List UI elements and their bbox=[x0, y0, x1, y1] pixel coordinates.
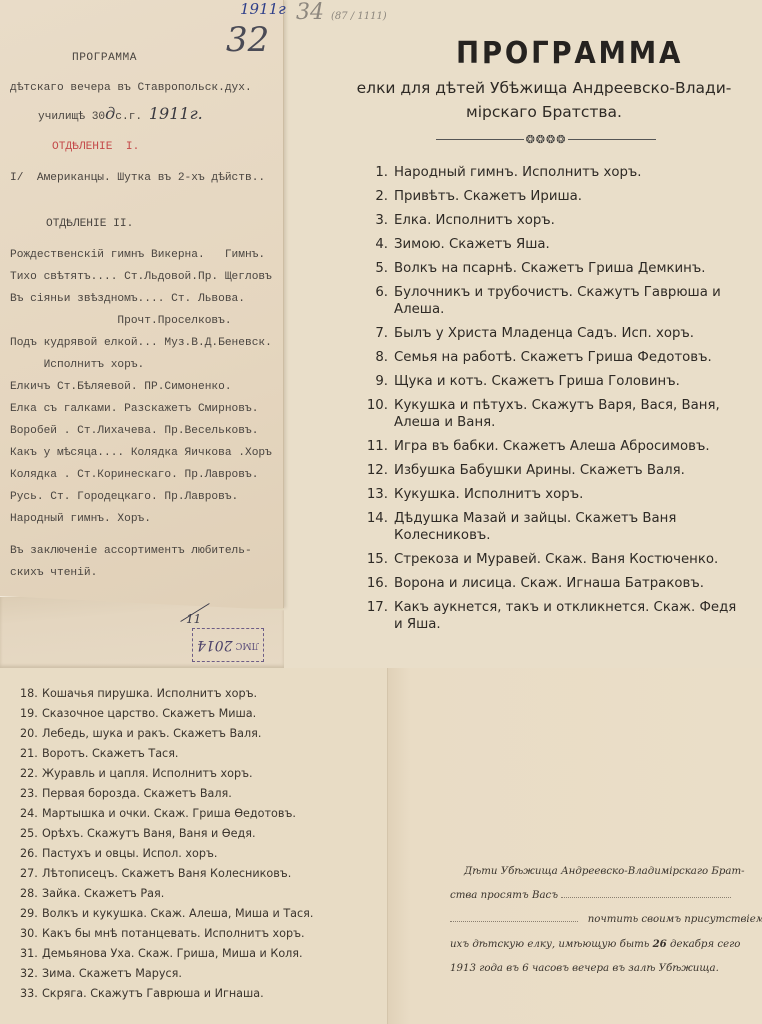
invitation-text-fragment: ства просятъ Васъ bbox=[450, 890, 558, 901]
invitation-line-4: ихъ дѣтскую елку, имѣющую быть 26 декабр… bbox=[450, 932, 750, 957]
typewritten-programme-sheet: 1911г 32 ПРОГРАММА дѣтскаго вечера въ Ст… bbox=[0, 0, 284, 608]
list-item: 10.Кукушка и пѣтухъ. Скажутъ Варя, Вася,… bbox=[364, 397, 744, 431]
section-1-item: I/ Американцы. Шутка въ 2-хъ дѣйств.. bbox=[10, 172, 265, 184]
item-text: Дѣдушка Мазай и зайцы. Скажетъ Ваня Коле… bbox=[394, 510, 744, 544]
item-text: Первая борозда. Скажетъ Валя. bbox=[42, 786, 232, 806]
closing-line-2: скихъ чтеній. bbox=[10, 567, 97, 579]
section-2-item: Елка съ галками. Разскажетъ Смирновъ. bbox=[10, 403, 258, 415]
invitation-line-3: почтить своимъ присутствіемъ bbox=[450, 908, 750, 932]
item-number: 14. bbox=[364, 510, 394, 544]
list-item: 12.Избушка Бабушки Арины. Скажетъ Валя. bbox=[364, 462, 744, 479]
item-text: Воротъ. Скажетъ Тася. bbox=[42, 746, 179, 766]
item-number: 2. bbox=[364, 188, 394, 205]
item-text: Зайка. Скажетъ Рая. bbox=[42, 886, 164, 906]
stamp-label: ЛМС bbox=[235, 640, 259, 650]
continued-programme-page: 18.Кошачья пирушка. Исполнитъ хоръ. 19.С… bbox=[0, 668, 388, 1024]
item-text: Орѣхъ. Скажутъ Ваня, Ваня и Өедя. bbox=[42, 826, 256, 846]
item-number: 32. bbox=[20, 966, 42, 986]
list-item: 29.Волкъ и кукушка. Скаж. Алеша, Миша и … bbox=[20, 906, 380, 926]
item-text: Волкъ и кукушка. Скаж. Алеша, Миша и Тас… bbox=[42, 906, 313, 926]
item-number: 33. bbox=[20, 986, 42, 1006]
item-text: Ворона и лисица. Скаж. Игнаша Батраковъ. bbox=[394, 575, 744, 592]
list-item: 15.Стрекоза и Муравей. Скаж. Ваня Костюч… bbox=[364, 551, 744, 568]
section-1-heading: ОТДѢЛЕНІЕ I. bbox=[52, 141, 139, 153]
item-number: 6. bbox=[364, 284, 394, 318]
item-number: 7. bbox=[364, 325, 394, 342]
ornament-knots-icon: ❂❂❂❂ bbox=[524, 133, 569, 146]
list-item: 11.Игра въ бабки. Скажетъ Алеша Абросимо… bbox=[364, 438, 744, 455]
item-text: Елка. Исполнитъ хоръ. bbox=[394, 212, 744, 229]
item-number: 15. bbox=[364, 551, 394, 568]
guest-name-blank-continued bbox=[450, 912, 578, 922]
item-number: 19. bbox=[20, 706, 42, 726]
item-text: Стрекоза и Муравей. Скаж. Ваня Костюченк… bbox=[394, 551, 744, 568]
item-number: 9. bbox=[364, 373, 394, 390]
item-number: 22. bbox=[20, 766, 42, 786]
section-2-item: Тихо свѣтятъ.... Ст.Льдовой.Пр. Щегловъ bbox=[10, 271, 272, 283]
item-number: 11. bbox=[364, 438, 394, 455]
item-text: Былъ у Христа Младенца Садъ. Исп. хоръ. bbox=[394, 325, 744, 342]
invitation-text-fragment: почтить своимъ присутствіемъ bbox=[588, 914, 762, 925]
handwritten-archive-number: 34 (87 / 1111) bbox=[296, 0, 387, 25]
handwritten-page-number: 32 bbox=[226, 20, 269, 60]
item-text: Лѣтописецъ. Скажетъ Ваня Колесниковъ. bbox=[42, 866, 291, 886]
item-number: 25. bbox=[20, 826, 42, 846]
invitation-page: Дѣти Убѣжища Андреевско-Владимірскаго Бр… bbox=[388, 668, 762, 1024]
list-item: 6.Булочникъ и трубочистъ. Скажутъ Гаврюш… bbox=[364, 284, 744, 318]
item-text: Зима. Скажетъ Маруся. bbox=[42, 966, 182, 986]
archive-stamp: ЛМС 2014 bbox=[192, 628, 264, 662]
handwritten-note: (87 / 1111) bbox=[331, 11, 387, 22]
list-item: 9.Щука и котъ. Скажетъ Гриша Головинъ. bbox=[364, 373, 744, 390]
section-2-heading: ОТДѢЛЕНІЕ II. bbox=[46, 218, 133, 230]
list-item: 7.Былъ у Христа Младенца Садъ. Исп. хоръ… bbox=[364, 325, 744, 342]
list-item: 13.Кукушка. Исполнитъ хоръ. bbox=[364, 486, 744, 503]
item-text: Семья на работѣ. Скажетъ Гриша Федотовъ. bbox=[394, 349, 744, 366]
list-item: 30.Какъ бы мнѣ потанцевать. Исполнитъ хо… bbox=[20, 926, 380, 946]
invitation-line-5: 1913 года въ 6 часовъ вечера въ залѣ Убѣ… bbox=[450, 957, 750, 981]
list-item: 8.Семья на работѣ. Скажетъ Гриша Федотов… bbox=[364, 349, 744, 366]
list-item: 14.Дѣдушка Мазай и зайцы. Скажетъ Ваня К… bbox=[364, 510, 744, 544]
list-item: 3.Елка. Исполнитъ хоръ. bbox=[364, 212, 744, 229]
item-text: Журавль и цапля. Исполнитъ хоръ. bbox=[42, 766, 253, 786]
list-item: 26.Пастухъ и овцы. Испол. хоръ. bbox=[20, 846, 380, 866]
list-item: 2.Привѣтъ. Скажетъ Ириша. bbox=[364, 188, 744, 205]
divider-line bbox=[568, 139, 656, 140]
item-text: Зимою. Скажетъ Яша. bbox=[394, 236, 744, 253]
section-2-item: Воробей . Ст.Лихачева. Пр.Весельковъ. bbox=[10, 425, 258, 437]
item-text: Скряга. Скажутъ Гаврюша и Игнаша. bbox=[42, 986, 264, 1006]
programme-list: 1.Народный гимнъ. Исполнитъ хоръ. 2.Прив… bbox=[364, 164, 744, 640]
list-item: 16.Ворона и лисица. Скаж. Игнаша Батрако… bbox=[364, 575, 744, 592]
section-2-item: Народный гимнъ. Хоръ. bbox=[10, 513, 151, 525]
section-2-item: Колядка . Ст.Коринескаго. Пр.Лавровъ. bbox=[10, 469, 258, 481]
invitation-text: Дѣти Убѣжища Андреевско-Владимірскаго Бр… bbox=[450, 860, 750, 981]
item-text: Кошачья пирушка. Исполнитъ хоръ. bbox=[42, 686, 257, 706]
item-number: 17. bbox=[364, 599, 394, 633]
list-item: 20.Лебедь, шука и ракъ. Скажетъ Валя. bbox=[20, 726, 380, 746]
handwritten-number: 34 bbox=[296, 0, 324, 25]
list-item: 18.Кошачья пирушка. Исполнитъ хоръ. bbox=[20, 686, 380, 706]
invitation-line-1: Дѣти Убѣжища Андреевско-Владимірскаго Бр… bbox=[450, 860, 750, 884]
typed-title: ПРОГРАММА bbox=[72, 52, 137, 64]
printed-programme-page: 34 (87 / 1111) ПРОГРАММА елки для дѣтей … bbox=[284, 0, 762, 668]
item-number: 31. bbox=[20, 946, 42, 966]
list-item: 4.Зимою. Скажетъ Яша. bbox=[364, 236, 744, 253]
section-2-item: Какъ у мѣсяца.... Колядка Яичкова .Хоръ bbox=[10, 447, 272, 459]
item-number: 24. bbox=[20, 806, 42, 826]
item-text: Щука и котъ. Скажетъ Гриша Головинъ. bbox=[394, 373, 744, 390]
invitation-text-fragment: часовъ вечера въ залѣ Убѣжища. bbox=[532, 963, 719, 974]
item-number: 18. bbox=[20, 686, 42, 706]
closing-line-1: Въ заключеніе ассортиментъ любитель- bbox=[10, 545, 252, 557]
list-item: 5.Волкъ на псарнѣ. Скажетъ Гриша Демкинъ… bbox=[364, 260, 744, 277]
item-text: Лебедь, шука и ракъ. Скажетъ Валя. bbox=[42, 726, 261, 746]
item-number: 21. bbox=[20, 746, 42, 766]
item-number: 8. bbox=[364, 349, 394, 366]
handwritten-insert: д bbox=[105, 104, 115, 123]
item-text: Волкъ на псарнѣ. Скажетъ Гриша Демкинъ. bbox=[394, 260, 744, 277]
item-text: Мартышка и очки. Скаж. Гриша Өедотовъ. bbox=[42, 806, 296, 826]
item-number: 1. bbox=[364, 164, 394, 181]
handwritten-year: 1911г bbox=[240, 0, 286, 18]
item-text: Пастухъ и овцы. Испол. хоръ. bbox=[42, 846, 217, 866]
list-item: 33.Скряга. Скажутъ Гаврюша и Игнаша. bbox=[20, 986, 380, 1006]
event-day: 26 bbox=[653, 938, 667, 950]
item-text: Привѣтъ. Скажетъ Ириша. bbox=[394, 188, 744, 205]
subtitle-line-1: елки для дѣтей Убѣжища Андреевско-Влади- bbox=[344, 76, 744, 100]
list-item: 28.Зайка. Скажетъ Рая. bbox=[20, 886, 380, 906]
item-text: Булочникъ и трубочистъ. Скажутъ Гаврюша … bbox=[394, 284, 744, 318]
typed-text: с.г. bbox=[115, 111, 142, 123]
ornament-divider: ❂❂❂❂ bbox=[436, 132, 656, 146]
list-item: 1.Народный гимнъ. Исполнитъ хоръ. bbox=[364, 164, 744, 181]
stamp-mark-number: 11 bbox=[186, 612, 201, 626]
invitation-text-fragment: ихъ дѣтскую елку, имѣющую быть bbox=[450, 939, 649, 950]
list-item: 22.Журавль и цапля. Исполнитъ хоръ. bbox=[20, 766, 380, 786]
typed-text: училищѣ 30 bbox=[38, 111, 105, 123]
subtitle-line-2: мірскаго Братства. bbox=[344, 100, 744, 124]
handwritten-year-insert: 1911г. bbox=[149, 104, 203, 123]
list-item: 31.Демьянова Уха. Скаж. Гриша, Миша и Ко… bbox=[20, 946, 380, 966]
item-number: 29. bbox=[20, 906, 42, 926]
item-number: 3. bbox=[364, 212, 394, 229]
section-2-item: Въ сіяньи звѣздномъ.... Ст. Львова. bbox=[10, 293, 245, 305]
item-number: 5. bbox=[364, 260, 394, 277]
list-item: 19.Сказочное царство. Скажетъ Миша. bbox=[20, 706, 380, 726]
section-2-item: Елкичъ Ст.Бѣляевой. ПР.Симоненко. bbox=[10, 381, 232, 393]
list-item: 32.Зима. Скажетъ Маруся. bbox=[20, 966, 380, 986]
item-number: 10. bbox=[364, 397, 394, 431]
item-number: 30. bbox=[20, 926, 42, 946]
list-item: 25.Орѣхъ. Скажутъ Ваня, Ваня и Өедя. bbox=[20, 826, 380, 846]
item-number: 27. bbox=[20, 866, 42, 886]
section-2-item: Рождественскій гимнъ Викерна. Гимнъ. bbox=[10, 249, 265, 261]
item-text: Игра въ бабки. Скажетъ Алеша Абросимовъ. bbox=[394, 438, 744, 455]
item-text: Демьянова Уха. Скаж. Гриша, Миша и Коля. bbox=[42, 946, 303, 966]
event-year: 1913 bbox=[450, 963, 476, 974]
item-text: Кукушка и пѣтухъ. Скажутъ Варя, Вася, Ва… bbox=[394, 397, 744, 431]
item-number: 13. bbox=[364, 486, 394, 503]
list-item: 27.Лѣтописецъ. Скажетъ Ваня Колесниковъ. bbox=[20, 866, 380, 886]
list-item: 21.Воротъ. Скажетъ Тася. bbox=[20, 746, 380, 766]
item-number: 16. bbox=[364, 575, 394, 592]
section-2-item: Русь. Ст. Городецкаго. Пр.Лавровъ. bbox=[10, 491, 238, 503]
list-item: 24.Мартышка и очки. Скаж. Гриша Өедотовъ… bbox=[20, 806, 380, 826]
item-text: Какъ аукнется, такъ и откликнется. Скаж.… bbox=[394, 599, 744, 633]
guest-name-blank bbox=[561, 888, 731, 898]
page-title: ПРОГРАММА bbox=[456, 36, 683, 71]
invitation-line-2: ства просятъ Васъ bbox=[450, 884, 750, 908]
section-2-item: Подъ кудрявой елкой... Муз.В.Д.Беневск. bbox=[10, 337, 272, 349]
item-number: 28. bbox=[20, 886, 42, 906]
page-subtitle: елки для дѣтей Убѣжища Андреевско-Влади-… bbox=[344, 76, 744, 124]
item-text: Народный гимнъ. Исполнитъ хоръ. bbox=[394, 164, 744, 181]
item-number: 12. bbox=[364, 462, 394, 479]
item-text: Избушка Бабушки Арины. Скажетъ Валя. bbox=[394, 462, 744, 479]
item-number: 23. bbox=[20, 786, 42, 806]
section-2-item: Прочт.Проселковъ. bbox=[10, 315, 232, 327]
item-number: 20. bbox=[20, 726, 42, 746]
item-text: Какъ бы мнѣ потанцевать. Исполнитъ хоръ. bbox=[42, 926, 305, 946]
item-text: Кукушка. Исполнитъ хоръ. bbox=[394, 486, 744, 503]
invitation-text-fragment: декабря сего bbox=[670, 939, 740, 950]
list-item: 17.Какъ аукнется, такъ и откликнется. Ск… bbox=[364, 599, 744, 633]
continued-programme-list: 18.Кошачья пирушка. Исполнитъ хоръ. 19.С… bbox=[20, 686, 380, 1006]
item-number: 4. bbox=[364, 236, 394, 253]
typed-subtitle-line-2: училищѣ 30дс.г. 1911г. bbox=[38, 104, 203, 123]
list-item: 23.Первая борозда. Скажетъ Валя. bbox=[20, 786, 380, 806]
section-2-item: Исполнитъ хоръ. bbox=[10, 359, 144, 371]
typed-subtitle-line-1: дѣтскаго вечера въ Ставропольск.дух. bbox=[10, 82, 252, 94]
divider-line bbox=[436, 139, 524, 140]
invitation-text-fragment: года въ bbox=[479, 963, 519, 974]
stamp-number: 2014 bbox=[197, 637, 233, 653]
item-number: 26. bbox=[20, 846, 42, 866]
item-text: Сказочное царство. Скажетъ Миша. bbox=[42, 706, 256, 726]
event-hour: 6 bbox=[522, 963, 528, 974]
